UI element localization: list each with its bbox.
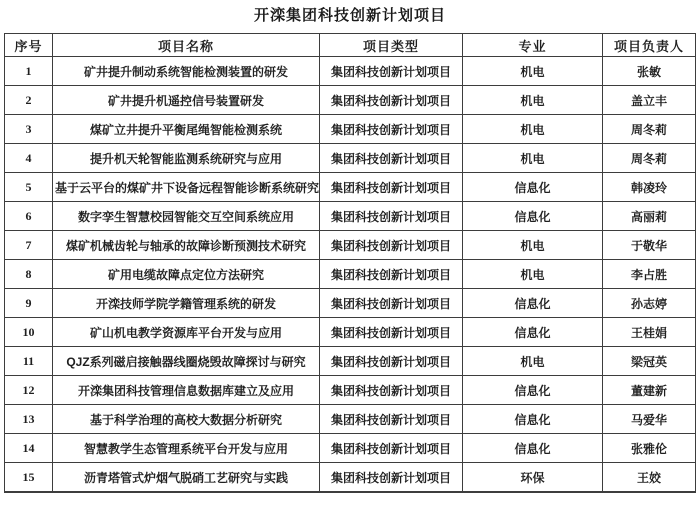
cell-project-leader: 于敬华 [603,231,696,260]
cell-project-type: 集团科技创新计划项目 [320,173,463,202]
cell-project-type: 集团科技创新计划项目 [320,405,463,434]
cell-project-name: 数字孪生智慧校园智能交互空间系统应用 [53,202,320,231]
projects-table: 序号 项目名称 项目类型 专业 项目负责人 1 矿井提升制动系统智能检测装置的研… [4,33,696,493]
cell-serial-number: 11 [5,347,53,376]
table-row: 14 智慧教学生态管理系统平台开发与应用 集团科技创新计划项目 信息化 张雅伦 [5,434,696,463]
cell-project-type: 集团科技创新计划项目 [320,434,463,463]
header-project-name: 项目名称 [53,34,320,57]
cell-serial-number: 5 [5,173,53,202]
cell-project-leader: 高丽莉 [603,202,696,231]
cell-project-leader: 周冬莉 [603,115,696,144]
cell-specialty: 环保 [463,463,603,493]
cell-project-type: 集团科技创新计划项目 [320,260,463,289]
header-project-leader: 项目负责人 [603,34,696,57]
cell-project-leader: 周冬莉 [603,144,696,173]
cell-project-name: 提升机天轮智能监测系统研究与应用 [53,144,320,173]
cell-project-leader: 孙志婷 [603,289,696,318]
cell-specialty: 信息化 [463,405,603,434]
cell-project-name: 智慧教学生态管理系统平台开发与应用 [53,434,320,463]
table-row: 4 提升机天轮智能监测系统研究与应用 集团科技创新计划项目 机电 周冬莉 [5,144,696,173]
table-row: 3 煤矿立井提升平衡尾绳智能检测系统 集团科技创新计划项目 机电 周冬莉 [5,115,696,144]
cell-project-type: 集团科技创新计划项目 [320,463,463,493]
cell-serial-number: 13 [5,405,53,434]
table-row: 1 矿井提升制动系统智能检测装置的研发 集团科技创新计划项目 机电 张敏 [5,57,696,86]
cell-project-name: 矿井提升制动系统智能检测装置的研发 [53,57,320,86]
header-specialty: 专业 [463,34,603,57]
cell-serial-number: 10 [5,318,53,347]
cell-serial-number: 4 [5,144,53,173]
header-project-type: 项目类型 [320,34,463,57]
cell-specialty: 机电 [463,144,603,173]
cell-project-name: 基于科学治理的高校大数据分析研究 [53,405,320,434]
cell-specialty: 机电 [463,231,603,260]
cell-project-leader: 董建新 [603,376,696,405]
cell-project-type: 集团科技创新计划项目 [320,115,463,144]
cell-project-name: 煤矿立井提升平衡尾绳智能检测系统 [53,115,320,144]
table-row: 7 煤矿机械齿轮与轴承的故障诊断预测技术研究 集团科技创新计划项目 机电 于敬华 [5,231,696,260]
cell-project-leader: 韩凌玲 [603,173,696,202]
cell-specialty: 机电 [463,86,603,115]
cell-specialty: 信息化 [463,318,603,347]
cell-project-leader: 王姣 [603,463,696,493]
cell-specialty: 机电 [463,57,603,86]
cell-specialty: 信息化 [463,173,603,202]
cell-serial-number: 14 [5,434,53,463]
table-row: 11 QJZ系列磁启接触器线圈烧毁故障探讨与研究 集团科技创新计划项目 机电 梁… [5,347,696,376]
cell-serial-number: 1 [5,57,53,86]
cell-serial-number: 15 [5,463,53,493]
table-row: 10 矿山机电教学资源库平台开发与应用 集团科技创新计划项目 信息化 王桂娟 [5,318,696,347]
cell-serial-number: 2 [5,86,53,115]
cell-specialty: 机电 [463,347,603,376]
cell-project-leader: 王桂娟 [603,318,696,347]
cell-project-type: 集团科技创新计划项目 [320,347,463,376]
cell-project-leader: 李占胜 [603,260,696,289]
table-row: 13 基于科学治理的高校大数据分析研究 集团科技创新计划项目 信息化 马爱华 [5,405,696,434]
cell-project-name: 煤矿机械齿轮与轴承的故障诊断预测技术研究 [53,231,320,260]
document-page: 开滦集团科技创新计划项目 序号 项目名称 项目类型 专业 项目负责人 1 矿井提… [0,0,700,513]
cell-project-name: 开滦技师学院学籍管理系统的研发 [53,289,320,318]
cell-project-type: 集团科技创新计划项目 [320,86,463,115]
table-row: 9 开滦技师学院学籍管理系统的研发 集团科技创新计划项目 信息化 孙志婷 [5,289,696,318]
cell-serial-number: 6 [5,202,53,231]
cell-project-type: 集团科技创新计划项目 [320,57,463,86]
cell-project-type: 集团科技创新计划项目 [320,144,463,173]
cell-project-leader: 张雅伦 [603,434,696,463]
cell-serial-number: 7 [5,231,53,260]
cell-project-name: 矿山机电教学资源库平台开发与应用 [53,318,320,347]
table-row: 5 基于云平台的煤矿井下设备远程智能诊断系统研究 集团科技创新计划项目 信息化 … [5,173,696,202]
table-row: 6 数字孪生智慧校园智能交互空间系统应用 集团科技创新计划项目 信息化 高丽莉 [5,202,696,231]
header-row: 序号 项目名称 项目类型 专业 项目负责人 [5,34,696,57]
cell-project-name: QJZ系列磁启接触器线圈烧毁故障探讨与研究 [53,347,320,376]
cell-project-type: 集团科技创新计划项目 [320,202,463,231]
cell-specialty: 信息化 [463,434,603,463]
cell-project-name: 基于云平台的煤矿井下设备远程智能诊断系统研究 [53,173,320,202]
cell-project-type: 集团科技创新计划项目 [320,289,463,318]
cell-project-leader: 张敏 [603,57,696,86]
cell-project-type: 集团科技创新计划项目 [320,318,463,347]
table-header: 序号 项目名称 项目类型 专业 项目负责人 [5,34,696,57]
cell-serial-number: 8 [5,260,53,289]
page-title: 开滦集团科技创新计划项目 [0,0,700,25]
cell-serial-number: 12 [5,376,53,405]
cell-project-type: 集团科技创新计划项目 [320,231,463,260]
cell-project-name: 矿井提升机遥控信号装置研发 [53,86,320,115]
cell-serial-number: 9 [5,289,53,318]
table-row: 2 矿井提升机遥控信号装置研发 集团科技创新计划项目 机电 盖立丰 [5,86,696,115]
table-row: 15 沥青塔管式炉烟气脱硝工艺研究与实践 集团科技创新计划项目 环保 王姣 [5,463,696,493]
cell-project-name: 沥青塔管式炉烟气脱硝工艺研究与实践 [53,463,320,493]
cell-project-leader: 梁冠英 [603,347,696,376]
cell-project-name: 矿用电缆故障点定位方法研究 [53,260,320,289]
cell-serial-number: 3 [5,115,53,144]
cell-specialty: 信息化 [463,376,603,405]
table-body: 1 矿井提升制动系统智能检测装置的研发 集团科技创新计划项目 机电 张敏 2 矿… [5,57,696,493]
table-row: 8 矿用电缆故障点定位方法研究 集团科技创新计划项目 机电 李占胜 [5,260,696,289]
cell-project-name: 开滦集团科技管理信息数据库建立及应用 [53,376,320,405]
cell-specialty: 信息化 [463,289,603,318]
cell-project-leader: 盖立丰 [603,86,696,115]
cell-project-leader: 马爱华 [603,405,696,434]
cell-specialty: 机电 [463,260,603,289]
header-serial-number: 序号 [5,34,53,57]
cell-specialty: 机电 [463,115,603,144]
cell-specialty: 信息化 [463,202,603,231]
table-row: 12 开滦集团科技管理信息数据库建立及应用 集团科技创新计划项目 信息化 董建新 [5,376,696,405]
cell-project-type: 集团科技创新计划项目 [320,376,463,405]
